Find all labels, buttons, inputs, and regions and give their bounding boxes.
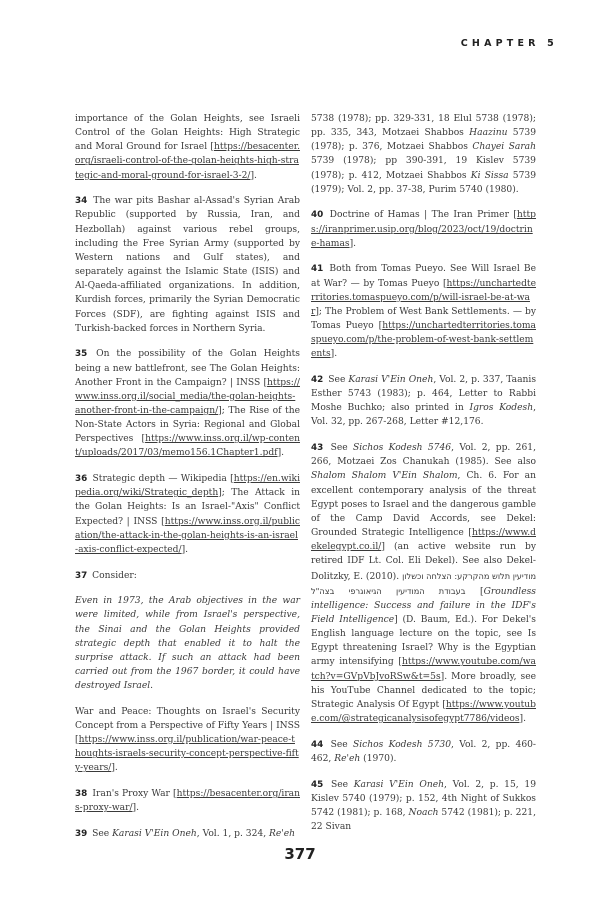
footnote-number: 34 — [75, 196, 87, 206]
footnote-number: 43 — [311, 443, 323, 453]
footnote-40: 40 Doctrine of Hamas | The Iran Primer [… — [311, 208, 536, 250]
right-column: 5738 (1978); pp. 329-331, 18 Elul 5738 (… — [311, 112, 536, 846]
chapter-header: CHAPTER 5 — [461, 38, 558, 49]
footnote-link[interactable]: https://www.inss.org.il/publication/war-… — [75, 735, 299, 773]
footnote-number: 39 — [75, 829, 87, 839]
footnote-34: 34 The war pits Bashar al-Assad's Syrian… — [75, 194, 300, 336]
footnote-number: 45 — [311, 780, 323, 790]
footnote-43: 43 See Sichos Kodesh 5746, Vol. 2, pp. 2… — [311, 441, 536, 726]
footnote-36: 36 Strategic depth — Wikipedia [https://… — [75, 472, 300, 557]
footnote-35: 35 On the possibility of the Golan Heigh… — [75, 347, 300, 460]
footnote-37-quote: Even in 1973, the Arab objectives in the… — [75, 594, 300, 693]
footnote-45: 45 See Karasi V'Ein Oneh, Vol. 2, p. 15,… — [311, 778, 536, 835]
footnote-number: 36 — [75, 474, 87, 484]
footnote-33-continued: importance of the Golan Heights, see Isr… — [75, 112, 300, 183]
footnote-number: 44 — [311, 740, 323, 750]
footnote-number: 35 — [75, 349, 87, 359]
footnote-number: 38 — [75, 789, 87, 799]
footnote-41: 41 Both from Tomas Pueyo. See Will Israe… — [311, 262, 536, 361]
footnote-39-continued: 5738 (1978); pp. 329-331, 18 Elul 5738 (… — [311, 112, 536, 197]
footnote-37-source: War and Peace: Thoughts on Israel's Secu… — [75, 705, 300, 776]
left-column: importance of the Golan Heights, see Isr… — [75, 112, 300, 853]
page-number: 377 — [0, 845, 600, 863]
footnote-42: 42 See Karasi V'Ein Oneh, Vol. 2, p. 337… — [311, 373, 536, 430]
footnote-44: 44 See Sichos Kodesh 5730, Vol. 2, pp. 4… — [311, 738, 536, 766]
footnote-39: 39 See Karasi V'Ein Oneh, Vol. 1, p. 324… — [75, 827, 300, 841]
footnote-37: 37 Consider: — [75, 569, 300, 583]
footnote-number: 42 — [311, 375, 323, 385]
footnote-38: 38 Iran's Proxy War [https://besacenter.… — [75, 787, 300, 815]
footnote-number: 40 — [311, 210, 323, 220]
footnote-number: 41 — [311, 264, 323, 274]
footnote-number: 37 — [75, 571, 87, 581]
